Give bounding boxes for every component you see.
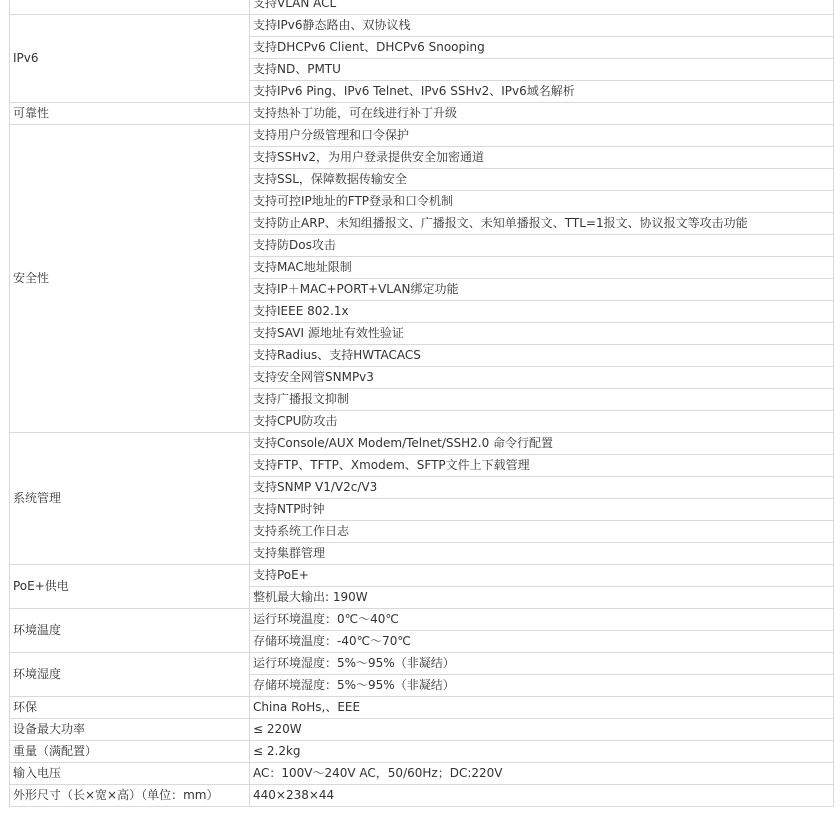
- spec-cell: 运行环境温度：0℃～40℃: [250, 609, 834, 631]
- category-cell-max-power: 设备最大功率: [10, 719, 250, 741]
- table-row: 环境湿度 运行环境湿度：5%～95%（非凝结）: [10, 653, 834, 675]
- spec-cell: 支持安全网管SNMPv3: [250, 367, 834, 389]
- category-cell-environmental: 环保: [10, 697, 250, 719]
- category-cell-poe: PoE+供电: [10, 565, 250, 609]
- table-row: 环保 China RoHs,、EEE: [10, 697, 834, 719]
- spec-cell: 支持IP＋MAC+PORT+VLAN绑定功能: [250, 279, 834, 301]
- spec-cell: 支持SSHv2，为用户登录提供安全加密通道: [250, 147, 834, 169]
- spec-cell: 支持MAC地址限制: [250, 257, 834, 279]
- spec-cell: 支持PoE+: [250, 565, 834, 587]
- spec-cell: 支持系统工作日志: [250, 521, 834, 543]
- category-cell-security: 安全性: [10, 125, 250, 433]
- spec-cell: 整机最大输出: 190W: [250, 587, 834, 609]
- spec-cell: China RoHs,、EEE: [250, 697, 834, 719]
- spec-cell: 支持Radius、支持HWTACACS: [250, 345, 834, 367]
- table-row: 安全性 支持用户分级管理和口令保护: [10, 125, 834, 147]
- spec-cell: 440×238×44: [250, 785, 834, 807]
- table-row: 环境温度 运行环境温度：0℃～40℃: [10, 609, 834, 631]
- spec-cell: 支持可控IP地址的FTP登录和口令机制: [250, 191, 834, 213]
- table-row: 输入电压 AC：100V～240V AC，50/60Hz；DC:220V: [10, 763, 834, 785]
- table-row: 设备最大功率 ≤ 220W: [10, 719, 834, 741]
- spec-cell: 支持防Dos攻击: [250, 235, 834, 257]
- spec-cell: 存储环境湿度：5%～95%（非凝结）: [250, 675, 834, 697]
- category-cell-input-voltage: 输入电压: [10, 763, 250, 785]
- spec-cell: 支持IPv6静态路由、双协议栈: [250, 15, 834, 37]
- category-cell-humidity: 环境湿度: [10, 653, 250, 697]
- spec-cell: ≤ 220W: [250, 719, 834, 741]
- category-cell: [10, 0, 250, 15]
- spec-cell: 支持用户分级管理和口令保护: [250, 125, 834, 147]
- spec-cell: 支持FTP、TFTP、Xmodem、SFTP文件上下载管理: [250, 455, 834, 477]
- table-row: 系统管理 支持Console/AUX Modem/Telnet/SSH2.0 命…: [10, 433, 834, 455]
- category-cell-reliability: 可靠性: [10, 103, 250, 125]
- spec-cell: 支持SAVI 源地址有效性验证: [250, 323, 834, 345]
- table-row: 支持VLAN ACL: [10, 0, 834, 15]
- spec-table-container: 支持VLAN ACL IPv6 支持IPv6静态路由、双协议栈 支持DHCPv6…: [9, 0, 834, 807]
- table-row: 外形尺寸（长×宽×高）（单位：mm） 440×238×44: [10, 785, 834, 807]
- spec-cell: 支持集群管理: [250, 543, 834, 565]
- category-cell-ipv6: IPv6: [10, 15, 250, 103]
- spec-cell: 存储环境温度：-40℃～70℃: [250, 631, 834, 653]
- spec-cell: 支持VLAN ACL: [250, 0, 834, 15]
- table-row: 可靠性 支持热补丁功能，可在线进行补丁升级: [10, 103, 834, 125]
- table-row: 重量（满配置） ≤ 2.2kg: [10, 741, 834, 763]
- spec-cell: 支持DHCPv6 Client、DHCPv6 Snooping: [250, 37, 834, 59]
- spec-cell: 支持NTP时钟: [250, 499, 834, 521]
- spec-cell: 支持热补丁功能，可在线进行补丁升级: [250, 103, 834, 125]
- category-cell-weight: 重量（满配置）: [10, 741, 250, 763]
- spec-cell: 支持IPv6 Ping、IPv6 Telnet、IPv6 SSHv2、IPv6域…: [250, 81, 834, 103]
- spec-cell: 支持广播报文抑制: [250, 389, 834, 411]
- spec-cell: 支持IEEE 802.1x: [250, 301, 834, 323]
- table-row: IPv6 支持IPv6静态路由、双协议栈: [10, 15, 834, 37]
- category-cell-dimensions: 外形尺寸（长×宽×高）（单位：mm）: [10, 785, 250, 807]
- category-cell-system-management: 系统管理: [10, 433, 250, 565]
- category-cell-temperature: 环境温度: [10, 609, 250, 653]
- spec-table: 支持VLAN ACL IPv6 支持IPv6静态路由、双协议栈 支持DHCPv6…: [9, 0, 834, 807]
- spec-cell: 运行环境湿度：5%～95%（非凝结）: [250, 653, 834, 675]
- table-row: PoE+供电 支持PoE+: [10, 565, 834, 587]
- spec-cell: 支持防止ARP、未知组播报文、广播报文、未知单播报文、TTL=1报文、协议报文等…: [250, 213, 834, 235]
- spec-cell: 支持SNMP V1/V2c/V3: [250, 477, 834, 499]
- spec-cell: 支持CPU防攻击: [250, 411, 834, 433]
- spec-table-body: 支持VLAN ACL IPv6 支持IPv6静态路由、双协议栈 支持DHCPv6…: [10, 0, 834, 807]
- spec-cell: ≤ 2.2kg: [250, 741, 834, 763]
- spec-cell: 支持ND、PMTU: [250, 59, 834, 81]
- spec-cell: AC：100V～240V AC，50/60Hz；DC:220V: [250, 763, 834, 785]
- spec-cell: 支持Console/AUX Modem/Telnet/SSH2.0 命令行配置: [250, 433, 834, 455]
- spec-cell: 支持SSL，保障数据传输安全: [250, 169, 834, 191]
